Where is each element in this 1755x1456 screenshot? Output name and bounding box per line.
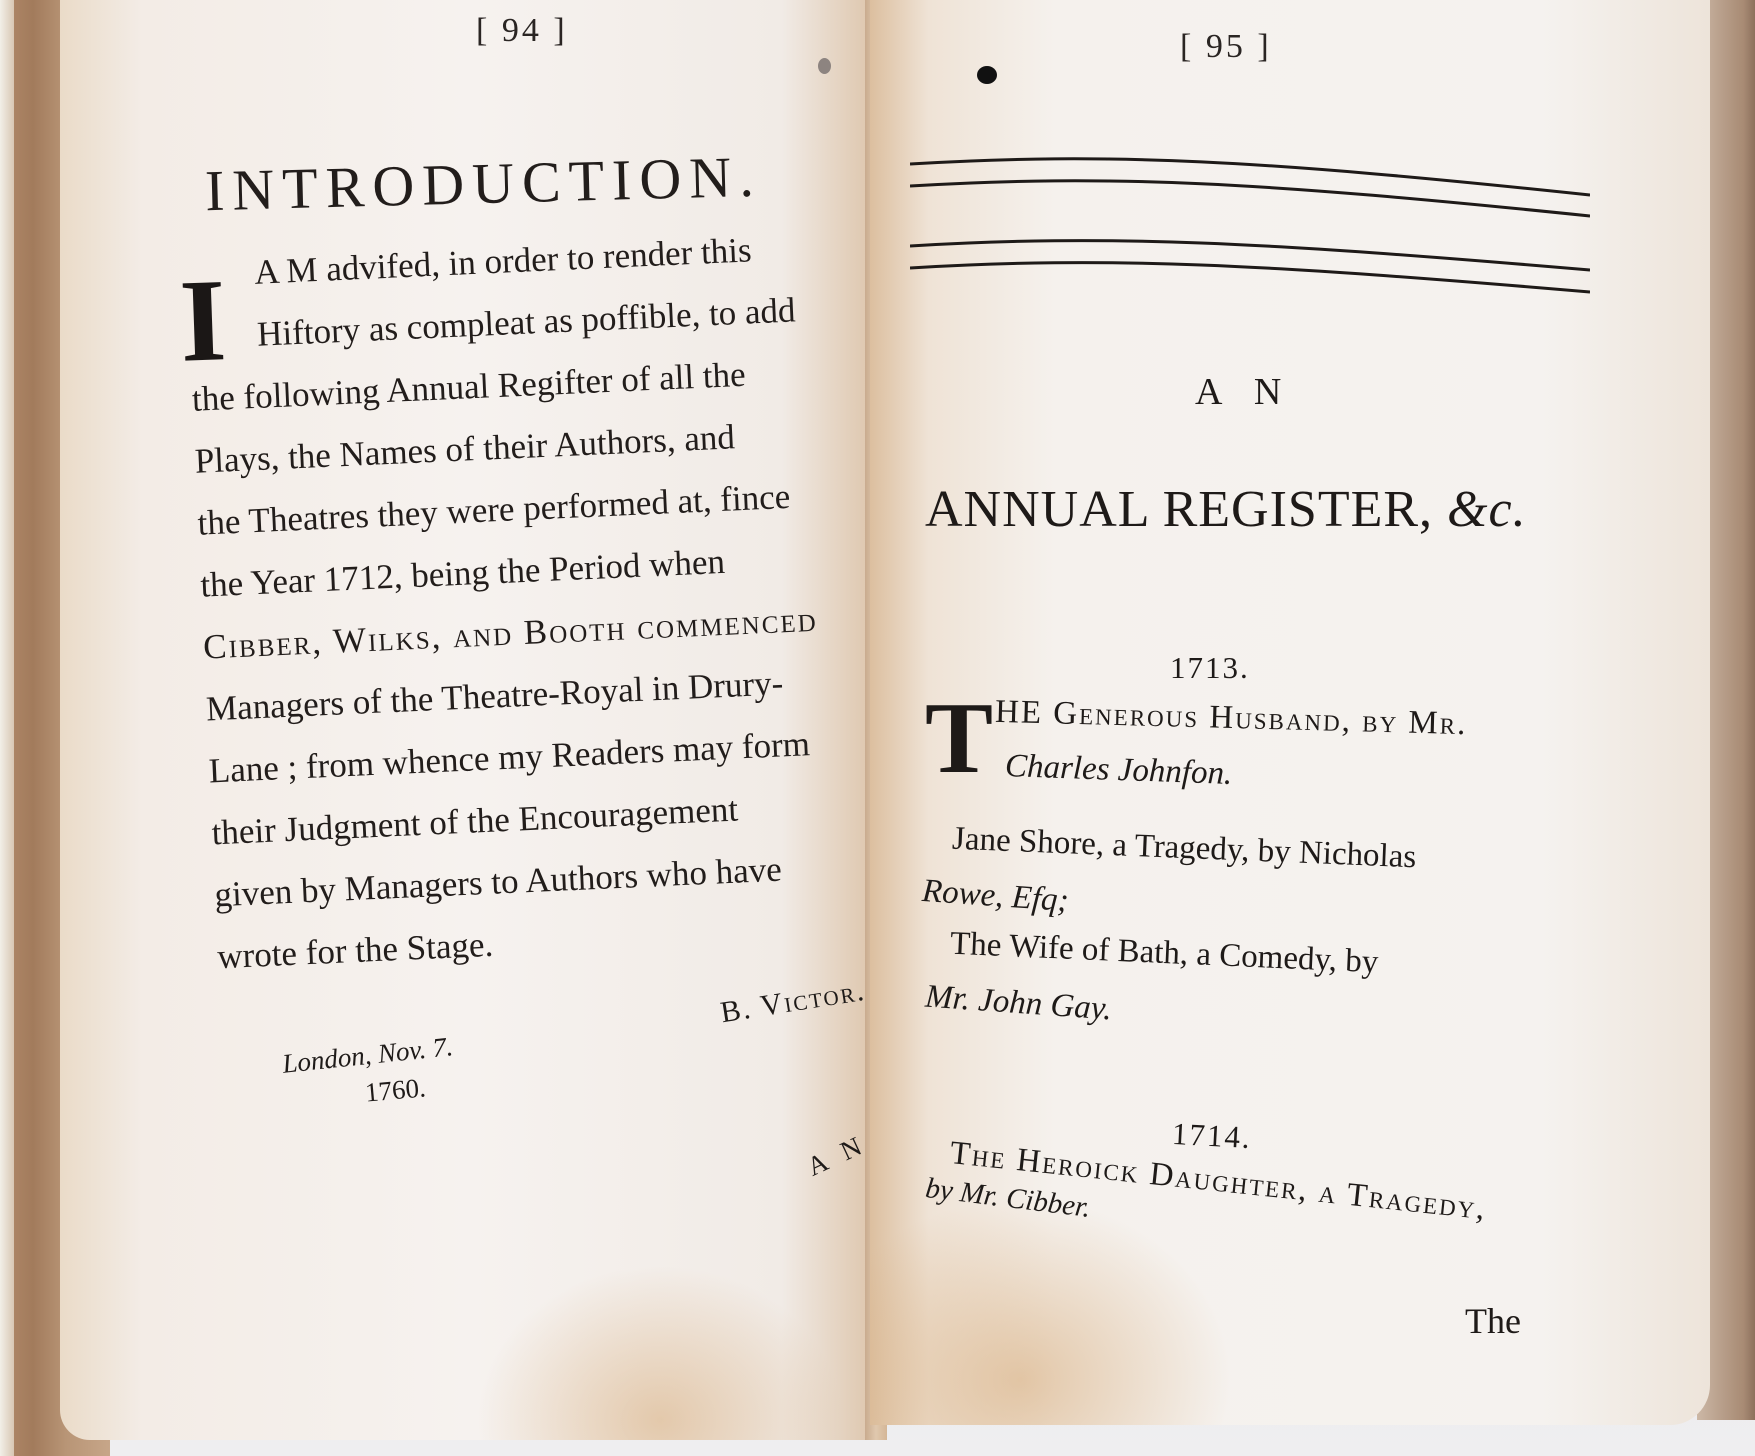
year-heading: 1714. <box>1171 1116 1253 1156</box>
register-entry-author: Charles Johnfon. <box>1004 748 1232 793</box>
year-heading: 1713. <box>1170 650 1250 686</box>
introduction-text: A M advifed, in order to render this Hif… <box>185 215 888 989</box>
page-number-right: [ 95 ] <box>1180 28 1272 66</box>
ink-blot <box>818 58 831 74</box>
catchword-right: The <box>1465 1300 1521 1342</box>
title-annual-register: ANNUAL REGISTER, &c. <box>925 480 1527 539</box>
ink-dot <box>977 66 997 84</box>
ornamental-rules <box>910 150 1590 310</box>
drop-cap-t: T <box>925 688 993 790</box>
title-an: A N <box>1195 370 1293 414</box>
date-year: 1760. <box>364 1072 427 1108</box>
page-number-left: [ 94 ] <box>476 12 568 50</box>
